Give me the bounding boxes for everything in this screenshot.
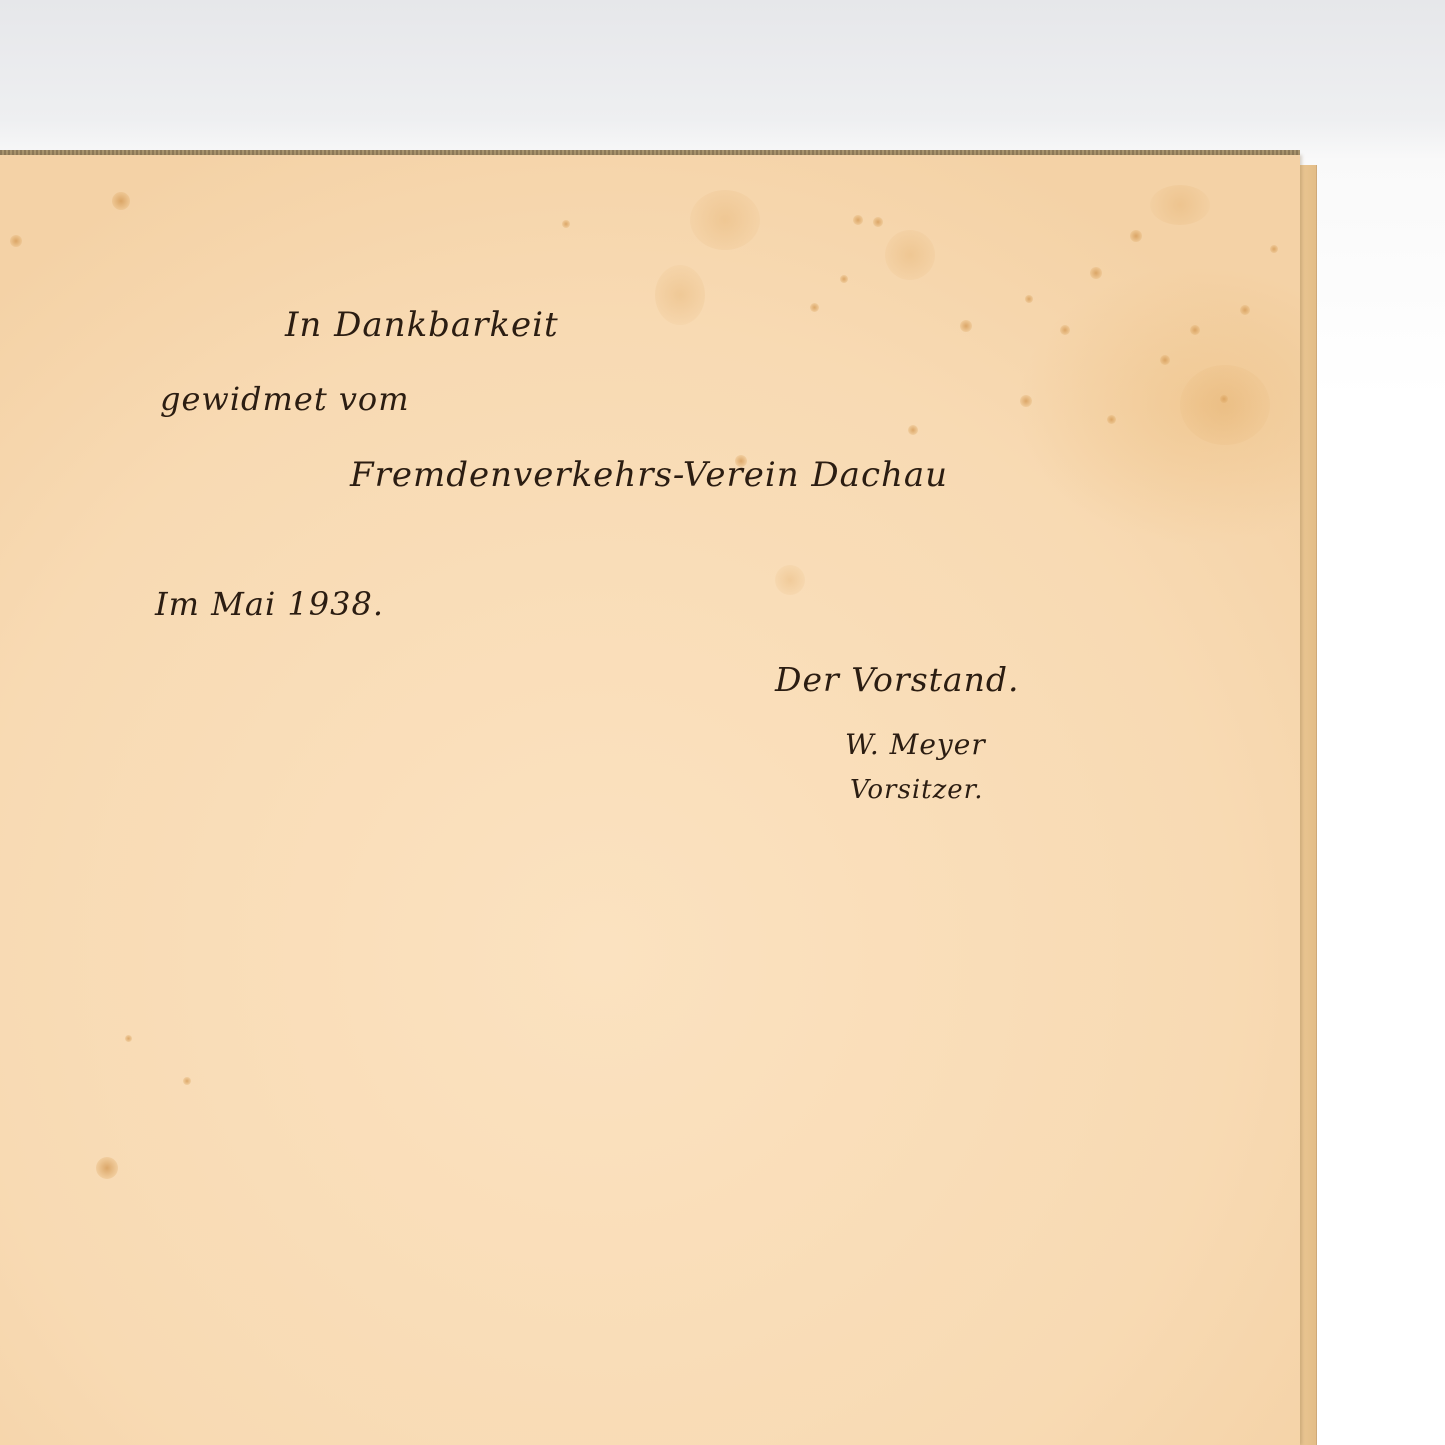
foxing-spot xyxy=(810,303,819,312)
foxing-spot xyxy=(853,215,863,225)
foxing-spot xyxy=(125,1035,132,1042)
foxing-spot xyxy=(1190,325,1200,335)
foxing-spot xyxy=(1270,245,1278,253)
foxing-spot xyxy=(690,190,760,250)
inscription-closing: Der Vorstand. xyxy=(775,660,1019,699)
foxing-spot xyxy=(1160,355,1170,365)
foxing-spot xyxy=(655,265,705,325)
foxing-spot xyxy=(885,230,935,280)
foxing-spot xyxy=(1090,267,1102,279)
foxing-spot xyxy=(960,320,972,332)
foxing-spot xyxy=(562,220,570,228)
inscription-line-2: gewidmet vom xyxy=(160,380,410,418)
foxing-spot xyxy=(1180,365,1270,445)
book-page: In Dankbarkeit gewidmet vom Fremdenverke… xyxy=(0,155,1300,1445)
foxing-spot xyxy=(112,192,130,210)
inscription-date: Im Mai 1938. xyxy=(155,585,384,623)
inscription-line-1: In Dankbarkeit xyxy=(285,305,559,345)
foxing-spot xyxy=(1150,185,1210,225)
foxing-spot xyxy=(1060,325,1070,335)
inscription-line-3: Fremdenverkehrs-Verein Dachau xyxy=(350,455,948,495)
signature-title: Vorsitzer. xyxy=(850,775,984,805)
foxing-spot xyxy=(1240,305,1250,315)
foxing-spot xyxy=(1130,230,1142,242)
foxing-spot xyxy=(1107,415,1116,424)
foxing-spot xyxy=(775,565,805,595)
signature: W. Meyer xyxy=(845,728,986,761)
foxing-spot xyxy=(1025,295,1033,303)
foxing-spot xyxy=(96,1157,118,1179)
foxing-spot xyxy=(183,1077,191,1085)
foxing-spot xyxy=(1020,395,1032,407)
foxing-spot xyxy=(908,425,918,435)
foxing-spot xyxy=(840,275,848,283)
foxing-spot xyxy=(873,217,883,227)
foxing-spot xyxy=(10,235,22,247)
